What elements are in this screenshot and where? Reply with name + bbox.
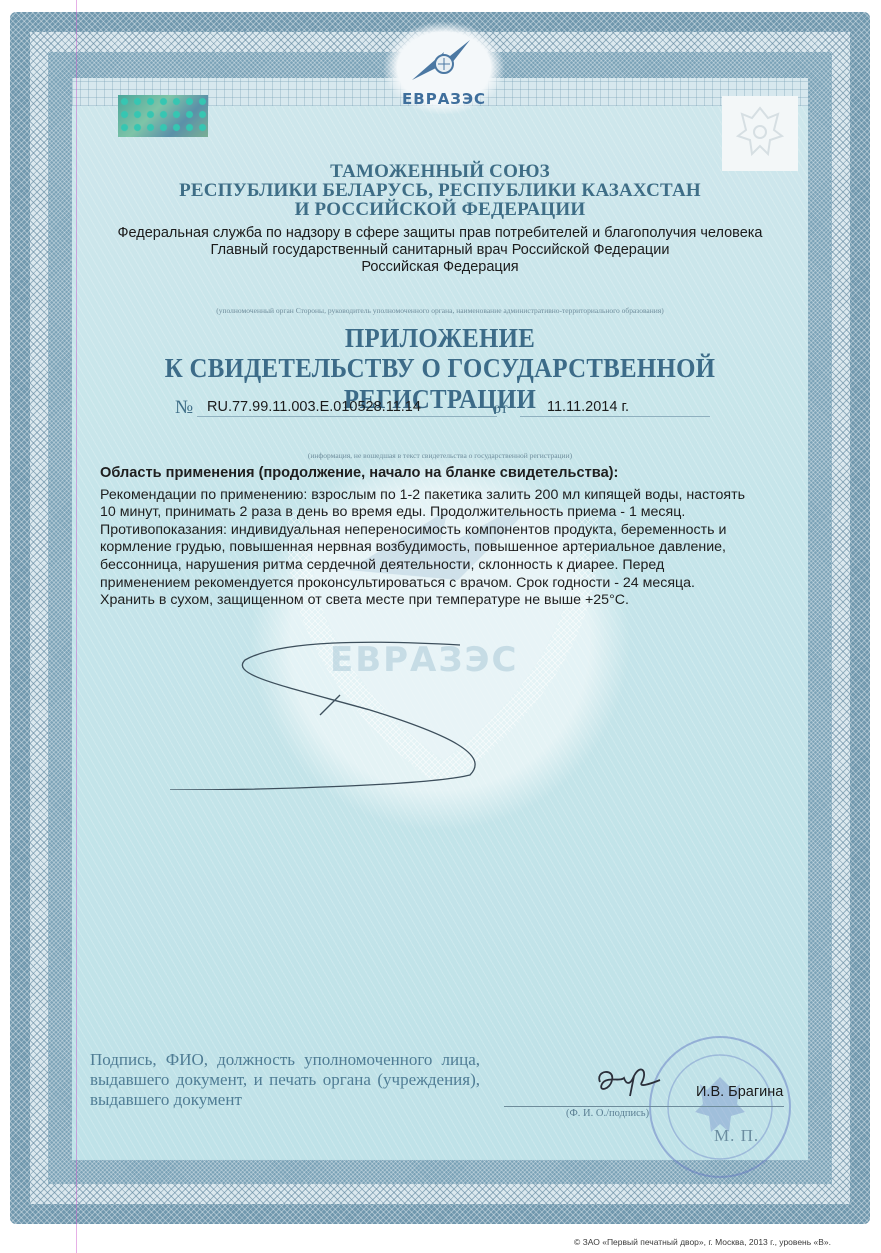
scope-line: Хранить в сухом, защищенном от света мес… bbox=[100, 592, 780, 610]
cancel-pen-stroke bbox=[170, 640, 550, 790]
registration-line: № RU.77.99.11.003.E.010528.11.14 от 11.1… bbox=[175, 395, 710, 419]
handwritten-signature bbox=[590, 1060, 670, 1100]
date-underline bbox=[520, 416, 710, 417]
application-scope: Область применения (продолжение, начало … bbox=[100, 465, 780, 610]
scope-line: кормление грудью, повышенная нервная воз… bbox=[100, 539, 780, 557]
evrazes-logo: ЕВРАЗЭС bbox=[384, 22, 504, 114]
coat-of-arms-watermark-icon bbox=[722, 96, 798, 171]
header-line-3: И РОССИЙСКОЙ ФЕДЕРАЦИИ bbox=[90, 200, 790, 220]
scope-heading: Область применения (продолжение, начало … bbox=[100, 465, 780, 483]
number-label: № bbox=[175, 397, 193, 419]
scope-line: 10 минут, принимать 2 раза в день во вре… bbox=[100, 504, 780, 522]
date-label: от bbox=[493, 400, 508, 418]
signature-line bbox=[504, 1106, 784, 1107]
seal-place-label: М. П. bbox=[714, 1126, 759, 1146]
title-line-1: ПРИЛОЖЕНИЕ bbox=[118, 323, 762, 354]
registration-date: 11.11.2014 г. bbox=[547, 399, 629, 415]
signatory-name: И.В. Брагина bbox=[696, 1084, 783, 1100]
official-stamp-icon bbox=[645, 1032, 795, 1182]
name-signature-caption: (Ф. И. О./подпись) bbox=[566, 1108, 649, 1119]
logo-text: ЕВРАЗЭС bbox=[402, 90, 486, 108]
scope-line: Рекомендации по применению: взрослым по … bbox=[100, 487, 780, 505]
scope-line: применением рекомендуется проконсультиро… bbox=[100, 575, 780, 593]
hologram-icon bbox=[118, 95, 208, 137]
registration-number: RU.77.99.11.003.E.010528.11.14 bbox=[207, 399, 421, 415]
authority-caption: (уполномоченный орган Стороны, руководит… bbox=[90, 306, 790, 315]
signature-caption: Подпись, ФИО, должность уполномоченного … bbox=[90, 1050, 480, 1110]
registration-caption: (информация, не вошедшая в текст свидете… bbox=[90, 451, 790, 460]
evrazes-emblem-icon bbox=[404, 34, 484, 90]
country-name: Российская Федерация bbox=[90, 258, 790, 276]
official-title: Главный государственный санитарный врач … bbox=[90, 241, 790, 259]
agency-name: Федеральная служба по надзору в сфере за… bbox=[90, 224, 790, 242]
header-line-1: ТАМОЖЕННЫЙ СОЮЗ bbox=[90, 162, 790, 182]
header-line-2: РЕСПУБЛИКИ БЕЛАРУСЬ, РЕСПУБЛИКИ КАЗАХСТА… bbox=[90, 181, 790, 201]
scope-line: Противопоказания: индивидуальная неперен… bbox=[100, 522, 780, 540]
number-underline bbox=[197, 416, 497, 417]
scope-line: бессонница, нарушения ритма сердечной де… bbox=[100, 557, 780, 575]
printer-footer: © ЗАО «Первый печатный двор», г. Москва,… bbox=[574, 1237, 831, 1247]
scan-artifact-line bbox=[76, 0, 77, 1253]
